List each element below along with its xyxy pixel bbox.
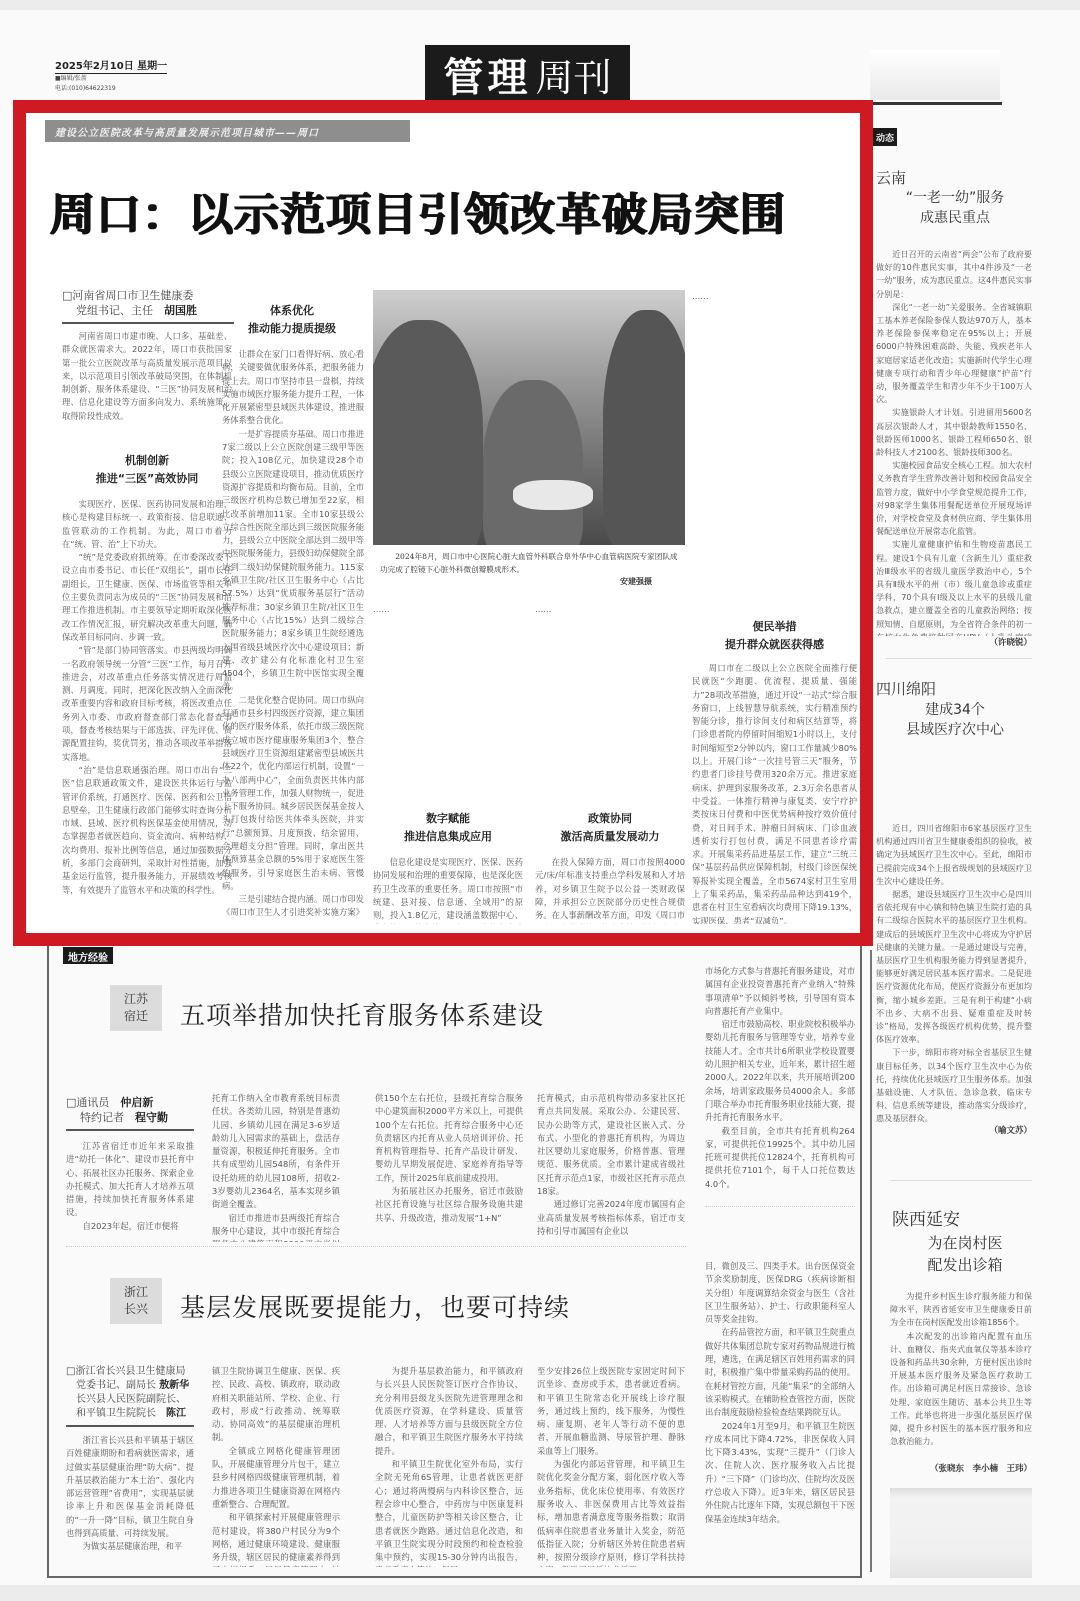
photo-caption: 2024年8月，周口市中心医院心脏大血管外科联合阜外华中心血管病医院专家团队成功… [380, 550, 685, 576]
article2-col4: 至少安排26位上级医院专家固定时间下沉坐诊、查房或手术，患者就近看病。和平镇卫生… [537, 1365, 685, 1567]
sidebar-text-yunnan: 近日召开的云南省“两会”公布了政府要做好的10件惠民实事，其中4件涉及“一老一幼… [876, 248, 1032, 636]
article2-headline: 基层发展既要提能力，也要可持续 [180, 1288, 570, 1324]
sidebar-title-mianyang: 建成34个 县域医疗次中心 [880, 700, 1030, 740]
sidebar-author-mianyang: （喻文苏） [900, 1124, 1032, 1136]
publication-logo: 管理 周刊 [425, 45, 630, 103]
masthead: 2025年2月10日 星期一 ■编辑/张蔷 电话:(010)64622319 管… [55, 45, 875, 103]
feature-intro: 河南省周口市建市晚、人口多、基础差、群众就医需求大。2022年，周口市获批国家第… [62, 330, 232, 422]
section-tag-local: 地方经验 [63, 947, 113, 964]
article1-col5: 市场化方式参与普惠托育服务建设，对市属国有企业投资普惠托育产业纳入“特殊事项清单… [705, 965, 855, 1197]
sidebar-title-yunnan: “一老一幼”服务 成惠民重点 [880, 188, 1030, 228]
section5-heading: 便民举措 提升群众就医获得感 [692, 618, 857, 654]
logo-thin-text: 周刊 [535, 47, 611, 102]
section2-body-b: …… [373, 603, 523, 803]
newspaper-page: 2025年2月10日 星期一 ■编辑/张蔷 电话:(010)64622319 管… [0, 10, 1080, 1585]
feature-kicker: 建设公立医院改革与高质量发展示范项目城市——周口 [45, 120, 410, 142]
section2-heading: 体系优化 推动能力提质提级 [222, 302, 362, 338]
article2-byline: □浙江省长兴县卫生健康局 党委书记、副局长 敖新华 长兴县人民医院副院长、 和平… [66, 1365, 194, 1427]
section4-body-a: 在投入保障方面，周口市按照4000元/床/年标准支持重点学科发展和人才培养，对乡… [535, 856, 685, 924]
region-badge-changxing: 浙江 长兴 [110, 1278, 162, 1324]
article1-col2: 托育工作纳入全市教育系统目标责任状。各类幼儿园，特别是普惠幼儿园、乡镇幼儿园在满… [212, 1092, 340, 1242]
section1-heading: 机制创新 推进“三医”高效协同 [62, 452, 232, 488]
sidebar-text-mianyang: 近日，四川省绵阳市6家基层医疗卫生机构通过四川省卫生健康委组织的验收，被确定为县… [876, 822, 1032, 1122]
sidebar-region-mianyang: 四川绵阳 [876, 678, 936, 699]
advertisement-placeholder [890, 1488, 1032, 1578]
article1-headline: 五项举措加快托育服务体系建设 [180, 996, 544, 1032]
masthead-shade [870, 50, 1000, 100]
section2-body-a: 让群众在家门口看得好病、放心看病，关键要做优服务体系，把服务能力提上去。周口市坚… [222, 348, 364, 920]
sidebar-title-yanan: 为在岗村医 配发出诊箱 [900, 1232, 1030, 1276]
feature-headline: 周口：以示范项目引领改革破局突围 [50, 178, 850, 243]
surgery-photo [373, 290, 685, 545]
section1-body: 实现医疗、医保、医药协同发展和治理，核心是构建目标统一、政策衔接、信息联通、监管… [62, 498, 232, 920]
sidebar-author-yanan: （张晓东 李小楠 王玮） [890, 1462, 1032, 1474]
photo-credit: 安建强摄 [620, 576, 652, 587]
section5-body: 周口市在二级以上公立医院全面推行便民就医“少跑腿、优流程、提质量、强能力”28项… [692, 662, 857, 924]
editor-credit: ■编辑/张蔷 [55, 73, 87, 82]
sidebar-text-yanan: 为提升乡村医生诊疗服务能力和保障水平，陕西省延安市卫生健康委日前为全市在岗村医配… [890, 1290, 1032, 1458]
sidebar-region-yanan: 陕西延安 [892, 1205, 960, 1230]
sidebar-divider [885, 658, 1032, 659]
sidebar-divider [890, 1180, 1032, 1181]
logo-bold-text: 管理 [443, 46, 531, 103]
article-divider [705, 1206, 855, 1207]
column-divider [870, 950, 872, 1572]
sidebar-author-yunnan: （许晓锐） [900, 636, 1032, 648]
article2-col2: 镇卫生院协调卫生健康、医保、疾控、民政、高校、镇政府，联动政府相关职能站所、学校… [212, 1365, 340, 1567]
article1-byline: □通讯员 仲启新 特约记者 程守勤 [66, 1095, 194, 1131]
article1-col4: 托育模式，由示范机构带动多家社区托育点共同发展。采取公办、公建民营、民办公助等方… [537, 1092, 685, 1242]
feature-byline: □河南省周口市卫生健康委 党组书记、主任 胡国胜 [62, 288, 234, 324]
sidebar-region-yunnan: 云南 [876, 167, 906, 188]
sidebar-tag: 动态 [873, 128, 897, 146]
article2-col5: 目，微创及三、四类手术。出台医保资金节余奖励制度，医保DRG（疾病诊断相关分组）… [705, 1260, 855, 1567]
issue-date: 2025年2月10日 星期一 [55, 57, 167, 74]
article1-col1: 江苏省宿迁市近年来采取推进“幼托一体化”、建设市县托育中心、拓展社区办托服务、探… [66, 1140, 194, 1240]
section3-body-b: …… [535, 603, 685, 803]
article-divider [66, 1246, 686, 1247]
article1-col3: 供150个左右托位，县级托育综合服务中心建筑面积2000平方米以上，可提供100… [375, 1092, 523, 1242]
section3-body-a: 信息化建设是实现医疗、医保、医药协同发展和治理的重要保障，也是深化医药卫生改革的… [373, 856, 523, 924]
region-badge-suqian: 江苏 宿迁 [110, 985, 162, 1031]
section4-body-b: …… [692, 290, 857, 612]
editor-phone: 电话:(010)64622319 [55, 83, 116, 92]
section4-heading: 政策协同 激活高质量发展动力 [535, 810, 685, 846]
article2-col1: 浙江省长兴县和平镇基于辖区百姓健康期盼和看病就医需求，通过做实基层健康治理“防大… [66, 1434, 194, 1566]
section3-heading: 数字赋能 推进信息集成应用 [373, 810, 523, 846]
article2-col3: 为提升基层救治能力，和平镇政府与长兴县人民医院签订医疗合作协议，充分利用县级龙头… [375, 1365, 523, 1567]
